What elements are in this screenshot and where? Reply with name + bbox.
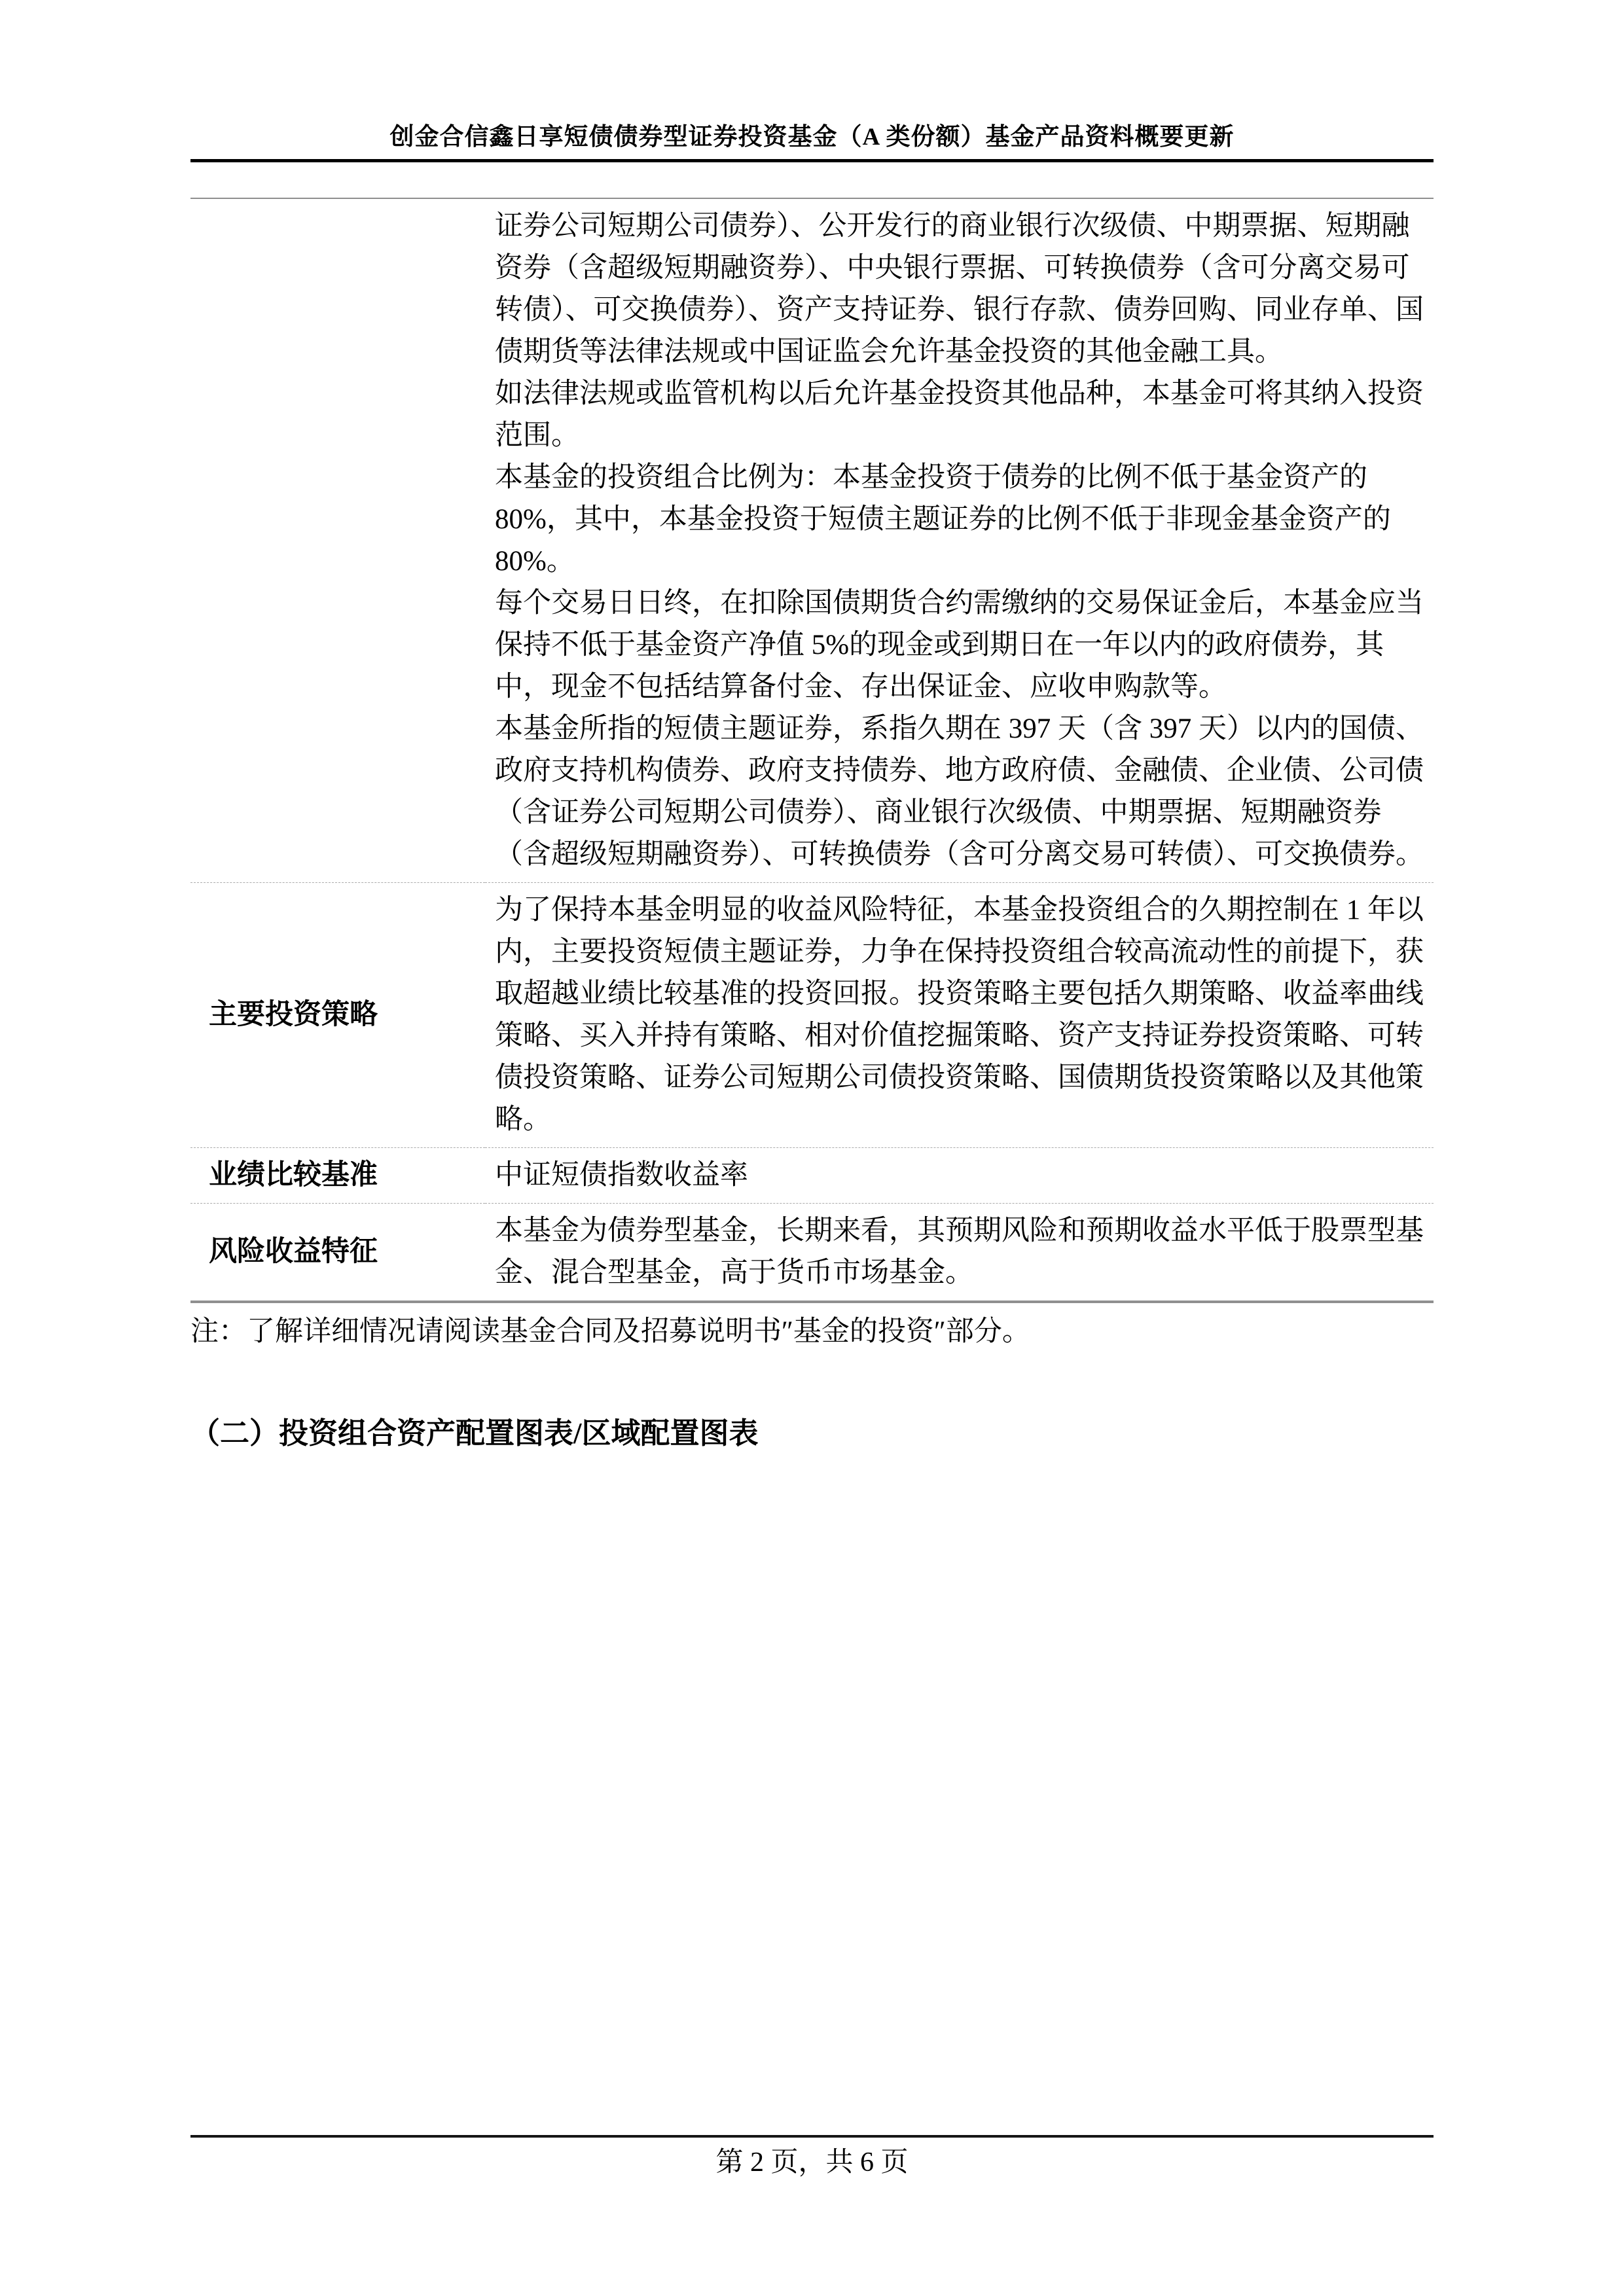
table-row-content-benchmark: 中证短债指数收益率 (485, 1148, 1434, 1204)
section-heading: （二）投资组合资产配置图表/区域配置图表 (190, 1416, 1559, 1451)
footer-rule (190, 2135, 1434, 2138)
document-page: 创金合信鑫日享短债债券型证券投资基金（A 类份额）基金产品资料概要更新 证券公司… (0, 0, 1624, 2296)
table-row-content-main-strategy: 为了保持本基金明显的收益风险特征，本基金投资组合的久期控制在 1 年以内，主要投… (485, 883, 1434, 1148)
table-row-label-main-strategy: 主要投资策略 (190, 883, 485, 1148)
paragraph: 本基金的投资组合比例为：本基金投资于债券的比例不低于基金资产的 80%，其中，本… (495, 457, 1431, 583)
paragraph: 如法律法规或监管机构以后允许基金投资其他品种，本基金可将其纳入投资范围。 (495, 373, 1431, 457)
paragraph: 为了保持本基金明显的收益风险特征，本基金投资组合的久期控制在 1 年以内，主要投… (495, 889, 1431, 1141)
paragraph: 中证短债指数收益率 (495, 1155, 1431, 1196)
table-row-content-risk-return: 本基金为债券型基金，长期来看，其预期风险和预期收益水平低于股票型基金、混合型基金… (485, 1204, 1434, 1300)
table-row-label-risk-return: 风险收益特征 (190, 1204, 485, 1300)
paragraph: 每个交易日日终，在扣除国债期货合约需缴纳的交易保证金后，本基金应当保持不低于基金… (495, 583, 1431, 708)
table-row-label-investment-scope (190, 199, 485, 883)
page-title: 创金合信鑫日享短债债券型证券投资基金（A 类份额）基金产品资料概要更新 (0, 0, 1624, 151)
fund-info-table: 证券公司短期公司债券）、公开发行的商业银行次级债、中期票据、短期融资券（含超级短… (190, 198, 1434, 1303)
paragraph: 本基金为债券型基金，长期来看，其预期风险和预期收益水平低于股票型基金、混合型基金… (495, 1210, 1431, 1294)
table-row-label-benchmark: 业绩比较基准 (190, 1148, 485, 1204)
table-row-content-investment-scope: 证券公司短期公司债券）、公开发行的商业银行次级债、中期票据、短期融资券（含超级短… (485, 199, 1434, 883)
note-line: 注：了解详细情况请阅读基金合同及招募说明书″基金的投资″部分。 (190, 1314, 1559, 1350)
paragraph: 本基金所指的短债主题证券，系指久期在 397 天（含 397 天）以内的国债、政… (495, 708, 1431, 876)
paragraph: 证券公司短期公司债券）、公开发行的商业银行次级债、中期票据、短期融资券（含超级短… (495, 206, 1431, 373)
header-rule (190, 159, 1434, 162)
footer-page-number: 第 2 页，共 6 页 (0, 2147, 1624, 2178)
